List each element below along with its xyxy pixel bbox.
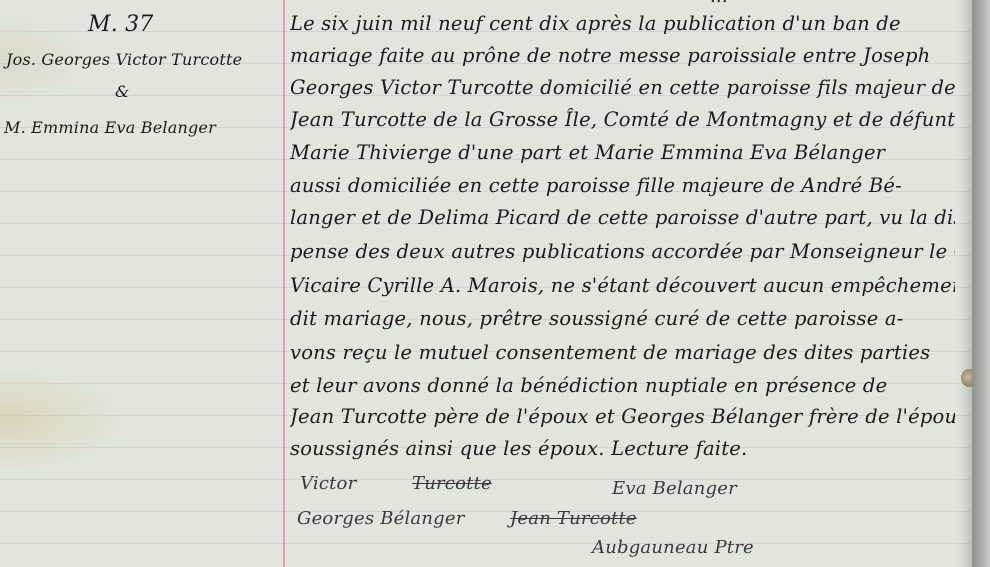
body-line: soussignés ainsi que les époux. Lecture …	[290, 437, 955, 460]
body-line: Jean Turcotte père de l'époux et Georges…	[290, 405, 955, 428]
register-page: M. 37 Jos. Georges Victor Turcotte & M. …	[0, 0, 972, 567]
body-line: et leur avons donné la bénédiction nupti…	[290, 374, 955, 397]
signature-priest: Aubgauneau Ptre	[592, 537, 754, 558]
body-line: vons reçu le mutuel consentement de mari…	[290, 341, 955, 364]
cut-off-previous-line: ...	[710, 0, 728, 7]
page-edge-shadow	[958, 0, 972, 567]
margin-column: M. 37 Jos. Georges Victor Turcotte & M. …	[0, 0, 280, 567]
body-line: aussi domiciliée en cette paroisse fille…	[290, 174, 955, 197]
body-line: dit mariage, nous, prêtre soussigné curé…	[290, 307, 955, 330]
signature-georges-belanger: Georges Bélanger	[297, 508, 465, 529]
margin-groom-name: Jos. Georges Victor Turcotte	[6, 50, 242, 69]
record-number: M. 37	[88, 12, 154, 37]
margin-ampersand: &	[115, 82, 129, 101]
body-line: pense des deux autres publications accor…	[290, 240, 955, 263]
margin-rule	[283, 0, 285, 567]
body-line: Vicaire Cyrille A. Marois, ne s'étant dé…	[290, 274, 955, 297]
body-line: langer et de Delima Picard de cette paro…	[290, 206, 955, 229]
book-binding-edge	[972, 0, 990, 567]
signature-turcotte: Turcotte	[412, 473, 492, 494]
signature-victor: Victor	[300, 473, 356, 494]
body-line: Le six juin mil neuf cent dix après la p…	[290, 12, 955, 35]
signature-jean-turcotte: Jean Turcotte	[510, 508, 637, 529]
body-line: Jean Turcotte de la Grosse Île, Comté de…	[290, 108, 955, 131]
body-line: Marie Thivierge d'une part et Marie Emmi…	[290, 141, 955, 164]
signature-eva-belanger: Eva Belanger	[612, 478, 737, 499]
body-line: mariage faite au prône de notre messe pa…	[290, 44, 955, 67]
margin-bride-name: M. Emmina Eva Belanger	[4, 118, 216, 137]
body-line: Georges Victor Turcotte domicilié en cet…	[290, 76, 955, 99]
